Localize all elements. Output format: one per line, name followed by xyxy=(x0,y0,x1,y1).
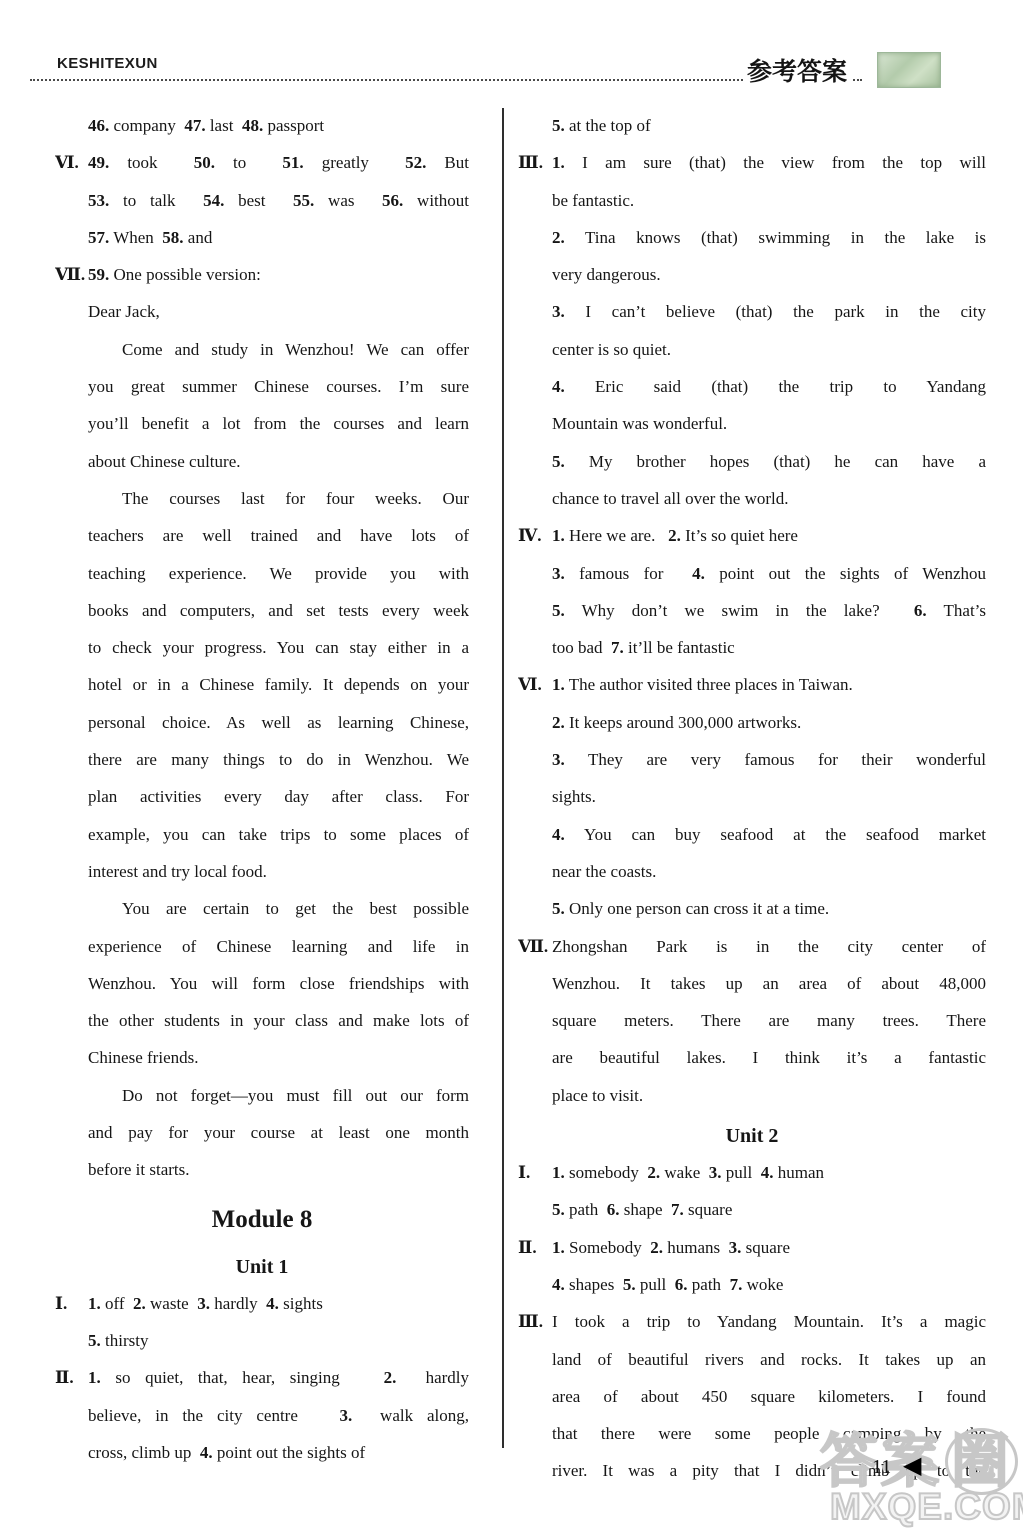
answer-line: Ⅶ.Zhongshan Park is in the city center o… xyxy=(518,928,986,965)
letter-line: The courses last for four weeks. Our xyxy=(55,480,469,517)
answer-line: 3. I can’t believe (that) the park in th… xyxy=(518,293,986,330)
letter-salutation: Dear Jack, xyxy=(55,293,469,330)
section-numeral: Ⅶ. xyxy=(518,928,548,965)
answer-line: chance to travel all over the world. xyxy=(518,480,986,517)
answer-text: 1. Somebody 2. humans 3. square xyxy=(552,1229,986,1266)
answer-line: 4. Eric said (that) the trip to Yandang xyxy=(518,368,986,405)
letter-line: example, you can take trips to some plac… xyxy=(55,816,469,853)
answer-line: Ⅵ.49. took 50. to 51. greatly 52. But xyxy=(55,144,469,181)
page-title: 参考答案 xyxy=(743,52,851,88)
section-numeral: Ⅰ. xyxy=(55,1285,67,1322)
answer-text: near the coasts. xyxy=(552,853,986,890)
answer-line: 53. to talk 54. best 55. was 56. without xyxy=(55,182,469,219)
answer-text: 4. You can buy seafood at the seafood ma… xyxy=(552,816,986,853)
answer-line: Ⅳ.1. Here we are. 2. It’s so quiet here xyxy=(518,517,986,554)
answer-line: very dangerous. xyxy=(518,256,986,293)
letter-line: hotel or in a Chinese family. It depends… xyxy=(55,666,469,703)
answer-text: 2. It keeps around 300,000 artworks. xyxy=(552,704,986,741)
letter-line: Chinese friends. xyxy=(55,1039,469,1076)
answer-text: chance to travel all over the world. xyxy=(552,480,986,517)
letter-line: the other students in your class and mak… xyxy=(55,1002,469,1039)
answer-text: 46. company 47. last 48. passport xyxy=(88,107,469,144)
answer-text: 5. Why don’t we swim in the lake? 6. Tha… xyxy=(552,592,986,629)
section-numeral: Ⅲ. xyxy=(518,1303,543,1340)
section-numeral: Ⅶ. xyxy=(55,256,85,293)
letter-line: Wenzhou. You will form close friendships… xyxy=(55,965,469,1002)
answer-text: and pay for your course at least one mon… xyxy=(88,1114,469,1151)
answer-line: Ⅱ.1. Somebody 2. humans 3. square xyxy=(518,1229,986,1266)
brand-logo-text: KESHITEXUN xyxy=(57,55,158,72)
answer-line: 57. When 58. and xyxy=(55,219,469,256)
section-numeral: Ⅳ. xyxy=(518,517,542,554)
section-numeral: Ⅱ. xyxy=(518,1229,537,1266)
answer-text: 4. shapes 5. pull 6. path 7. woke xyxy=(552,1266,986,1303)
answer-text: 3. famous for 4. point out the sights of… xyxy=(552,555,986,592)
module-heading: Module 8 xyxy=(55,1189,469,1245)
answer-text: 1. Here we are. 2. It’s so quiet here xyxy=(552,517,986,554)
answer-text: 5. Only one person can cross it at a tim… xyxy=(552,890,986,927)
answer-text: 1. so quiet, that, hear, singing 2. hard… xyxy=(88,1359,469,1396)
letter-line: interest and try local food. xyxy=(55,853,469,890)
answer-line: 5. Why don’t we swim in the lake? 6. Tha… xyxy=(518,592,986,629)
answer-line: center is so quiet. xyxy=(518,331,986,368)
letter-line: teachers are well trained and have lots … xyxy=(55,517,469,554)
answer-text: Come and study in Wenzhou! We can offer xyxy=(88,331,469,368)
letter-line: personal choice. As well as learning Chi… xyxy=(55,704,469,741)
answer-text: square meters. There are many trees. The… xyxy=(552,1002,986,1039)
answer-text: 1. off 2. waste 3. hardly 4. sights xyxy=(88,1285,469,1322)
answer-line: 46. company 47. last 48. passport xyxy=(55,107,469,144)
answer-line: sights. xyxy=(518,778,986,815)
answer-line: 3. famous for 4. point out the sights of… xyxy=(518,555,986,592)
answer-line: 5. thirsty xyxy=(55,1322,469,1359)
answer-text: Wenzhou. It takes up an area of about 48… xyxy=(552,965,986,1002)
answer-text: plan activities every day after class. F… xyxy=(88,778,469,815)
answer-text: 5. My brother hopes (that) he can have a xyxy=(552,443,986,480)
unit-heading: Unit 2 xyxy=(518,1114,986,1154)
answer-text: Wenzhou. You will form close friendships… xyxy=(88,965,469,1002)
letter-line: teaching experience. We provide you with xyxy=(55,555,469,592)
answer-text: Zhongshan Park is in the city center of xyxy=(552,928,986,965)
letter-line: Do not forget—you must fill out our form xyxy=(55,1077,469,1114)
answer-text: 5. at the top of xyxy=(552,107,986,144)
answer-text: Mountain was wonderful. xyxy=(552,405,986,442)
answer-text: 59. One possible version: xyxy=(88,256,469,293)
answer-text: you’ll benefit a lot from the courses an… xyxy=(88,405,469,442)
letter-line: there are many things to do in Wenzhou. … xyxy=(55,741,469,778)
answer-text: 1. somebody 2. wake 3. pull 4. human xyxy=(552,1154,986,1191)
answer-text: 3. I can’t believe (that) the park in th… xyxy=(552,293,986,330)
letter-line: experience of Chinese learning and life … xyxy=(55,928,469,965)
answer-text: teaching experience. We provide you with xyxy=(88,555,469,592)
answer-line: Wenzhou. It takes up an area of about 48… xyxy=(518,965,986,1002)
section-numeral: Ⅱ. xyxy=(55,1359,74,1396)
publisher-stamp xyxy=(877,52,941,88)
answer-text: place to visit. xyxy=(552,1077,986,1114)
answer-line: Ⅲ.I took a trip to Yandang Mountain. It’… xyxy=(518,1303,986,1340)
answer-text: that there were some people camping by t… xyxy=(552,1415,986,1452)
answer-text: Do not forget—you must fill out our form xyxy=(88,1077,469,1114)
answer-line: Ⅵ.1. The author visited three places in … xyxy=(518,666,986,703)
letter-line: You are certain to get the best possible xyxy=(55,890,469,927)
left-column: 46. company 47. last 48. passport Ⅵ.49. … xyxy=(55,107,469,1471)
answer-line: be fantastic. xyxy=(518,182,986,219)
answer-text: center is so quiet. xyxy=(552,331,986,368)
answer-line: cross, climb up 4. point out the sights … xyxy=(55,1434,469,1471)
answer-text: Chinese friends. xyxy=(88,1039,469,1076)
answer-key-page: KESHITEXUN 参考答案 46. company 47. last 48.… xyxy=(0,0,1023,1536)
answer-text: very dangerous. xyxy=(552,256,986,293)
answer-text: teachers are well trained and have lots … xyxy=(88,517,469,554)
answer-text: are beautiful lakes. I think it’s a fant… xyxy=(552,1039,986,1076)
answer-text: experience of Chinese learning and life … xyxy=(88,928,469,965)
answer-text: you great summer Chinese courses. I’m su… xyxy=(88,368,469,405)
answer-line: 5. at the top of xyxy=(518,107,986,144)
answer-text: 2. Tina knows (that) swimming in the lak… xyxy=(552,219,986,256)
section-numeral: Ⅵ. xyxy=(518,666,542,703)
answer-line: Mountain was wonderful. xyxy=(518,405,986,442)
answer-line: Ⅶ.59. One possible version: xyxy=(55,256,469,293)
answer-text: area of about 450 square kilometers. I f… xyxy=(552,1378,986,1415)
page-number: 11 xyxy=(872,1452,891,1482)
answer-line: Ⅰ.1. somebody 2. wake 3. pull 4. human xyxy=(518,1154,986,1191)
answer-text: believe, in the city centre 3. walk alon… xyxy=(88,1397,469,1434)
section-numeral: Ⅵ. xyxy=(55,144,79,181)
answer-text: there are many things to do in Wenzhou. … xyxy=(88,741,469,778)
letter-line: you great summer Chinese courses. I’m su… xyxy=(55,368,469,405)
answer-text: personal choice. As well as learning Chi… xyxy=(88,704,469,741)
answer-line: 5. My brother hopes (that) he can have a xyxy=(518,443,986,480)
answer-line: are beautiful lakes. I think it’s a fant… xyxy=(518,1039,986,1076)
answer-text: be fantastic. xyxy=(552,182,986,219)
answer-text: hotel or in a Chinese family. It depends… xyxy=(88,666,469,703)
answer-line: place to visit. xyxy=(518,1077,986,1114)
section-numeral: Ⅲ. xyxy=(518,144,543,181)
answer-text: You are certain to get the best possible xyxy=(88,890,469,927)
answer-line: 2. Tina knows (that) swimming in the lak… xyxy=(518,219,986,256)
answer-text: before it starts. xyxy=(88,1151,469,1188)
right-column: 5. at the top of Ⅲ.1. I am sure (that) t… xyxy=(518,107,986,1490)
answer-text: 57. When 58. and xyxy=(88,219,469,256)
answer-line: 4. You can buy seafood at the seafood ma… xyxy=(518,816,986,853)
answer-text: 5. path 6. shape 7. square xyxy=(552,1191,986,1228)
column-divider xyxy=(502,108,504,1448)
answer-text: 4. Eric said (that) the trip to Yandang xyxy=(552,368,986,405)
answer-text: sights. xyxy=(552,778,986,815)
answer-text: too bad 7. it’ll be fantastic xyxy=(552,629,986,666)
section-numeral: Ⅰ. xyxy=(518,1154,530,1191)
answer-text: land of beautiful rivers and rocks. It t… xyxy=(552,1341,986,1378)
answer-line: Ⅲ.1. I am sure (that) the view from the … xyxy=(518,144,986,181)
unit-heading: Unit 1 xyxy=(55,1245,469,1285)
answer-line: 3. They are very famous for their wonder… xyxy=(518,741,986,778)
header-rule xyxy=(30,79,862,81)
answer-line: 2. It keeps around 300,000 artworks. xyxy=(518,704,986,741)
answer-text: I took a trip to Yandang Mountain. It’s … xyxy=(552,1303,986,1340)
answer-text: 1. I am sure (that) the view from the to… xyxy=(552,144,986,181)
letter-line: you’ll benefit a lot from the courses an… xyxy=(55,405,469,442)
answer-line: believe, in the city centre 3. walk alon… xyxy=(55,1397,469,1434)
answer-text: to check your progress. You can stay eit… xyxy=(88,629,469,666)
letter-line: books and computers, and set tests every… xyxy=(55,592,469,629)
answer-line: square meters. There are many trees. The… xyxy=(518,1002,986,1039)
answer-text: the other students in your class and mak… xyxy=(88,1002,469,1039)
watermark-site: MXQE.COM xyxy=(830,1486,1023,1528)
answer-text: 3. They are very famous for their wonder… xyxy=(552,741,986,778)
answer-text: 53. to talk 54. best 55. was 56. without xyxy=(88,182,469,219)
answer-text: books and computers, and set tests every… xyxy=(88,592,469,629)
answer-text: 1. The author visited three places in Ta… xyxy=(552,666,986,703)
answer-text: cross, climb up 4. point out the sights … xyxy=(88,1434,469,1471)
answer-text: interest and try local food. xyxy=(88,853,469,890)
answer-text: about Chinese culture. xyxy=(88,443,469,480)
letter-line: plan activities every day after class. F… xyxy=(55,778,469,815)
page-back-arrow-icon[interactable]: ◀ xyxy=(903,1449,921,1481)
answer-line: too bad 7. it’ll be fantastic xyxy=(518,629,986,666)
answer-line: land of beautiful rivers and rocks. It t… xyxy=(518,1341,986,1378)
answer-line: area of about 450 square kilometers. I f… xyxy=(518,1378,986,1415)
answer-line: Ⅰ.1. off 2. waste 3. hardly 4. sights xyxy=(55,1285,469,1322)
answer-text: Dear Jack, xyxy=(88,293,469,330)
letter-line: Come and study in Wenzhou! We can offer xyxy=(55,331,469,368)
letter-line: and pay for your course at least one mon… xyxy=(55,1114,469,1151)
answer-text: The courses last for four weeks. Our xyxy=(88,480,469,517)
answer-line: Ⅱ.1. so quiet, that, hear, singing 2. ha… xyxy=(55,1359,469,1396)
answer-text: 49. took 50. to 51. greatly 52. But xyxy=(88,144,469,181)
letter-line: about Chinese culture. xyxy=(55,443,469,480)
answer-line: that there were some people camping by t… xyxy=(518,1415,986,1452)
answer-line: near the coasts. xyxy=(518,853,986,890)
letter-line: before it starts. xyxy=(55,1151,469,1188)
answer-text: 5. thirsty xyxy=(88,1322,469,1359)
answer-line: 5. path 6. shape 7. square xyxy=(518,1191,986,1228)
answer-line: 4. shapes 5. pull 6. path 7. woke xyxy=(518,1266,986,1303)
answer-line: 5. Only one person can cross it at a tim… xyxy=(518,890,986,927)
answer-text: example, you can take trips to some plac… xyxy=(88,816,469,853)
letter-line: to check your progress. You can stay eit… xyxy=(55,629,469,666)
